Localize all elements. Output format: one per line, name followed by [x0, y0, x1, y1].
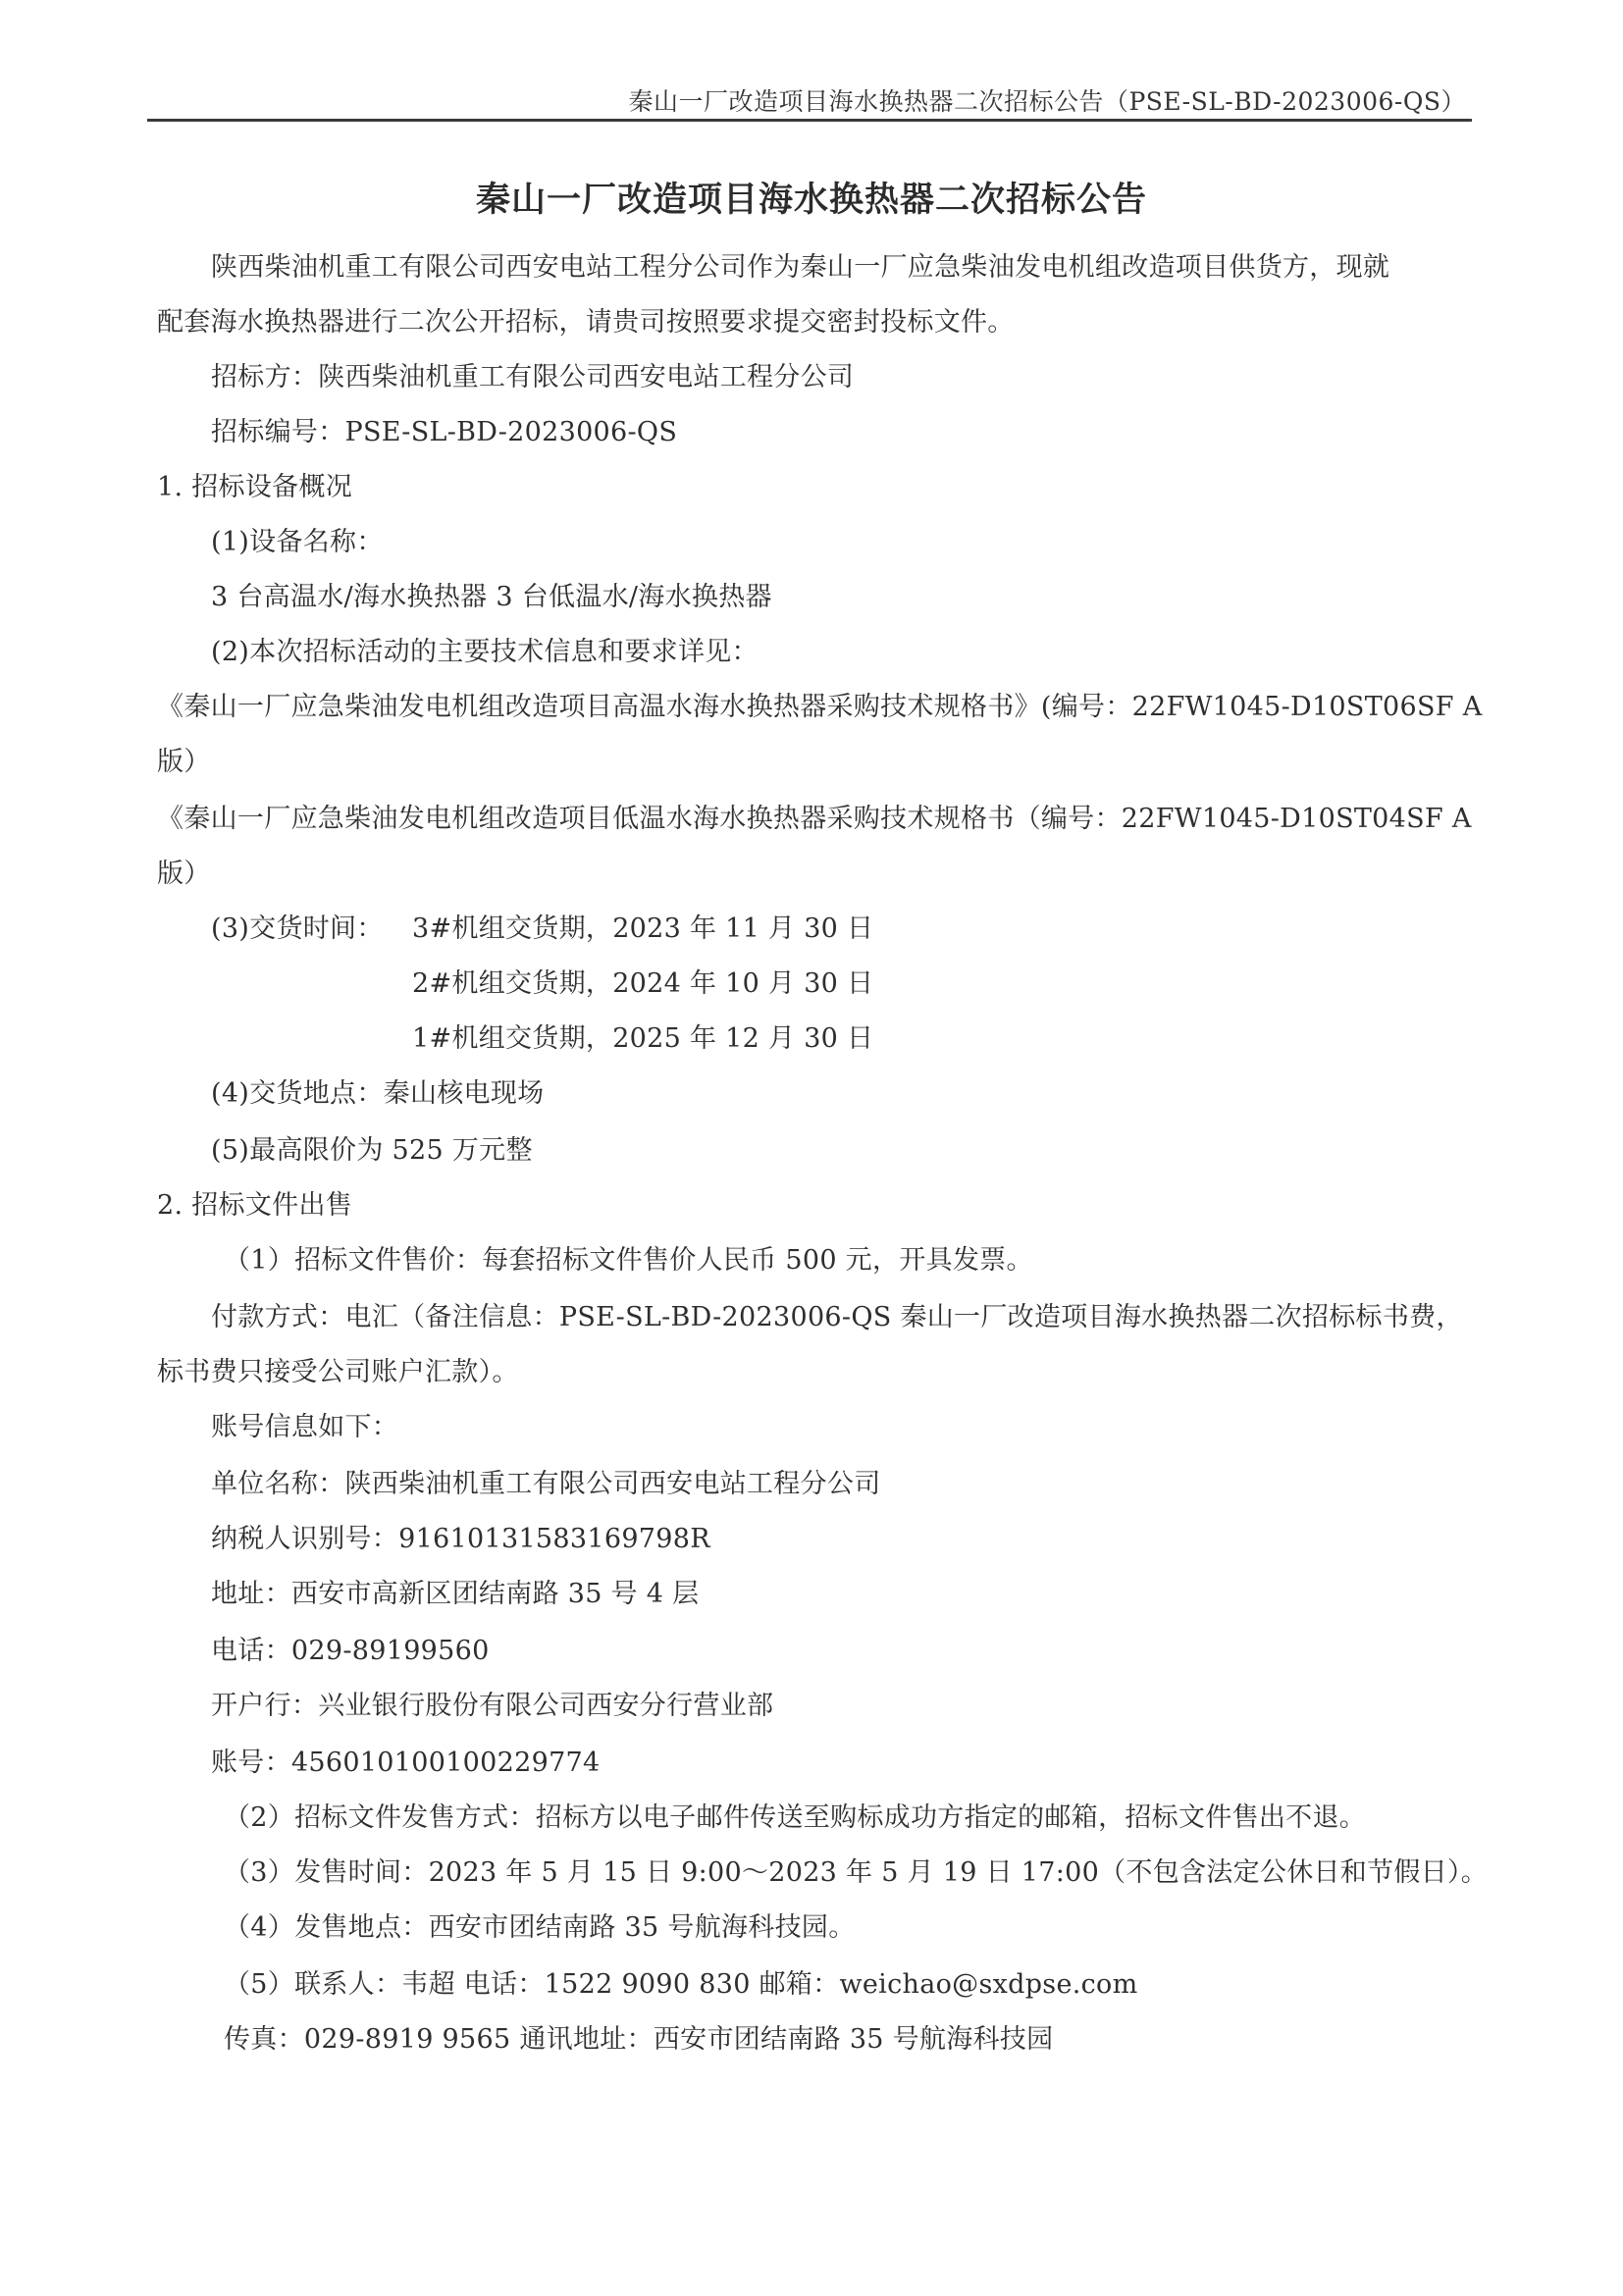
- spec-low-temp-line-2: 版）: [157, 852, 211, 890]
- delivery-unit-3: 3#机组交货期，2023 年 11 月 30 日: [412, 907, 873, 945]
- tenderer: 招标方：陕西柴油机重工有限公司西安电站工程分公司: [211, 355, 854, 393]
- tech-info-label: (2)本次招标活动的主要技术信息和要求详见：: [211, 630, 759, 668]
- equipment-name-label: (1)设备名称：: [211, 520, 384, 558]
- account-bank: 开户行：兴业银行股份有限公司西安分行营业部: [211, 1684, 773, 1722]
- account-tax-id: 纳税人识别号：91610131583169798R: [211, 1517, 710, 1555]
- sale-time: （3）发售时间：2023 年 5 月 15 日 9:00～2023 年 5 月 …: [224, 1851, 1488, 1889]
- equipment-name-value: 3 台高温水/海水换热器 3 台低温水/海水换热器: [211, 575, 772, 613]
- max-price: (5)最高限价为 525 万元整: [211, 1128, 533, 1167]
- section-1-heading: 1. 招标设备概况: [157, 465, 352, 503]
- spec-low-temp-line-1: 《秦山一厂应急柴油发电机组改造项目低温水海水换热器采购技术规格书（编号：22FW…: [157, 797, 1472, 835]
- account-number: 账号：456010100100229774: [211, 1741, 601, 1779]
- contact-info: （5）联系人：韦超 电话：1522 9090 830 邮箱：weichao@sx…: [224, 1962, 1138, 2001]
- section-2-heading: 2. 招标文件出售: [157, 1183, 352, 1222]
- header-rule: [147, 119, 1472, 122]
- intro-line-2: 配套海水换热器进行二次公开招标，请贵司按照要求提交密封投标文件。: [157, 300, 1015, 339]
- fax-and-address: 传真：029-8919 9565 通讯地址：西安市团结南路 35 号航海科技园: [224, 2017, 1053, 2056]
- tender-number: 招标编号：PSE-SL-BD-2023006-QS: [211, 410, 677, 448]
- delivery-time-label: (3)交货时间：: [211, 907, 384, 945]
- delivery-unit-1: 1#机组交货期，2025 年 12 月 30 日: [412, 1017, 873, 1055]
- document-page: 秦山一厂改造项目海水换热器二次招标公告（PSE-SL-BD-2023006-QS…: [0, 0, 1623, 2296]
- spec-high-temp-line-1: 《秦山一厂应急柴油发电机组改造项目高温水海水换热器采购技术规格书》(编号：22F…: [157, 685, 1483, 723]
- delivery-unit-2: 2#机组交货期，2024 年 10 月 30 日: [412, 962, 873, 1000]
- account-phone: 电话：029-89199560: [211, 1629, 490, 1667]
- payment-method-line-2: 标书费只接受公司账户汇款）。: [157, 1350, 519, 1388]
- account-intro: 账号信息如下：: [211, 1405, 398, 1443]
- account-unit-name: 单位名称：陕西柴油机重工有限公司西安电站工程分公司: [211, 1462, 881, 1500]
- document-price: （1）招标文件售价：每套招标文件售价人民币 500 元，开具发票。: [224, 1238, 1033, 1277]
- account-address: 地址：西安市高新区团结南路 35 号 4 层: [211, 1572, 699, 1610]
- intro-line-1: 陕西柴油机重工有限公司西安电站工程分公司作为秦山一厂应急柴油发电机组改造项目供货…: [211, 245, 1389, 284]
- document-title: 秦山一厂改造项目海水换热器二次招标公告: [0, 173, 1623, 222]
- payment-method-line-1: 付款方式：电汇（备注信息：PSE-SL-BD-2023006-QS 秦山一厂改造…: [211, 1295, 1463, 1333]
- sale-place: （4）发售地点：西安市团结南路 35 号航海科技园。: [224, 1905, 856, 1944]
- running-header: 秦山一厂改造项目海水换热器二次招标公告（PSE-SL-BD-2023006-QS…: [628, 82, 1466, 118]
- delivery-location: (4)交货地点：秦山核电现场: [211, 1071, 544, 1110]
- spec-high-temp-line-2: 版）: [157, 740, 211, 778]
- sale-method: （2）招标文件发售方式：招标方以电子邮件传送至购标成功方指定的邮箱，招标文件售出…: [224, 1796, 1366, 1834]
